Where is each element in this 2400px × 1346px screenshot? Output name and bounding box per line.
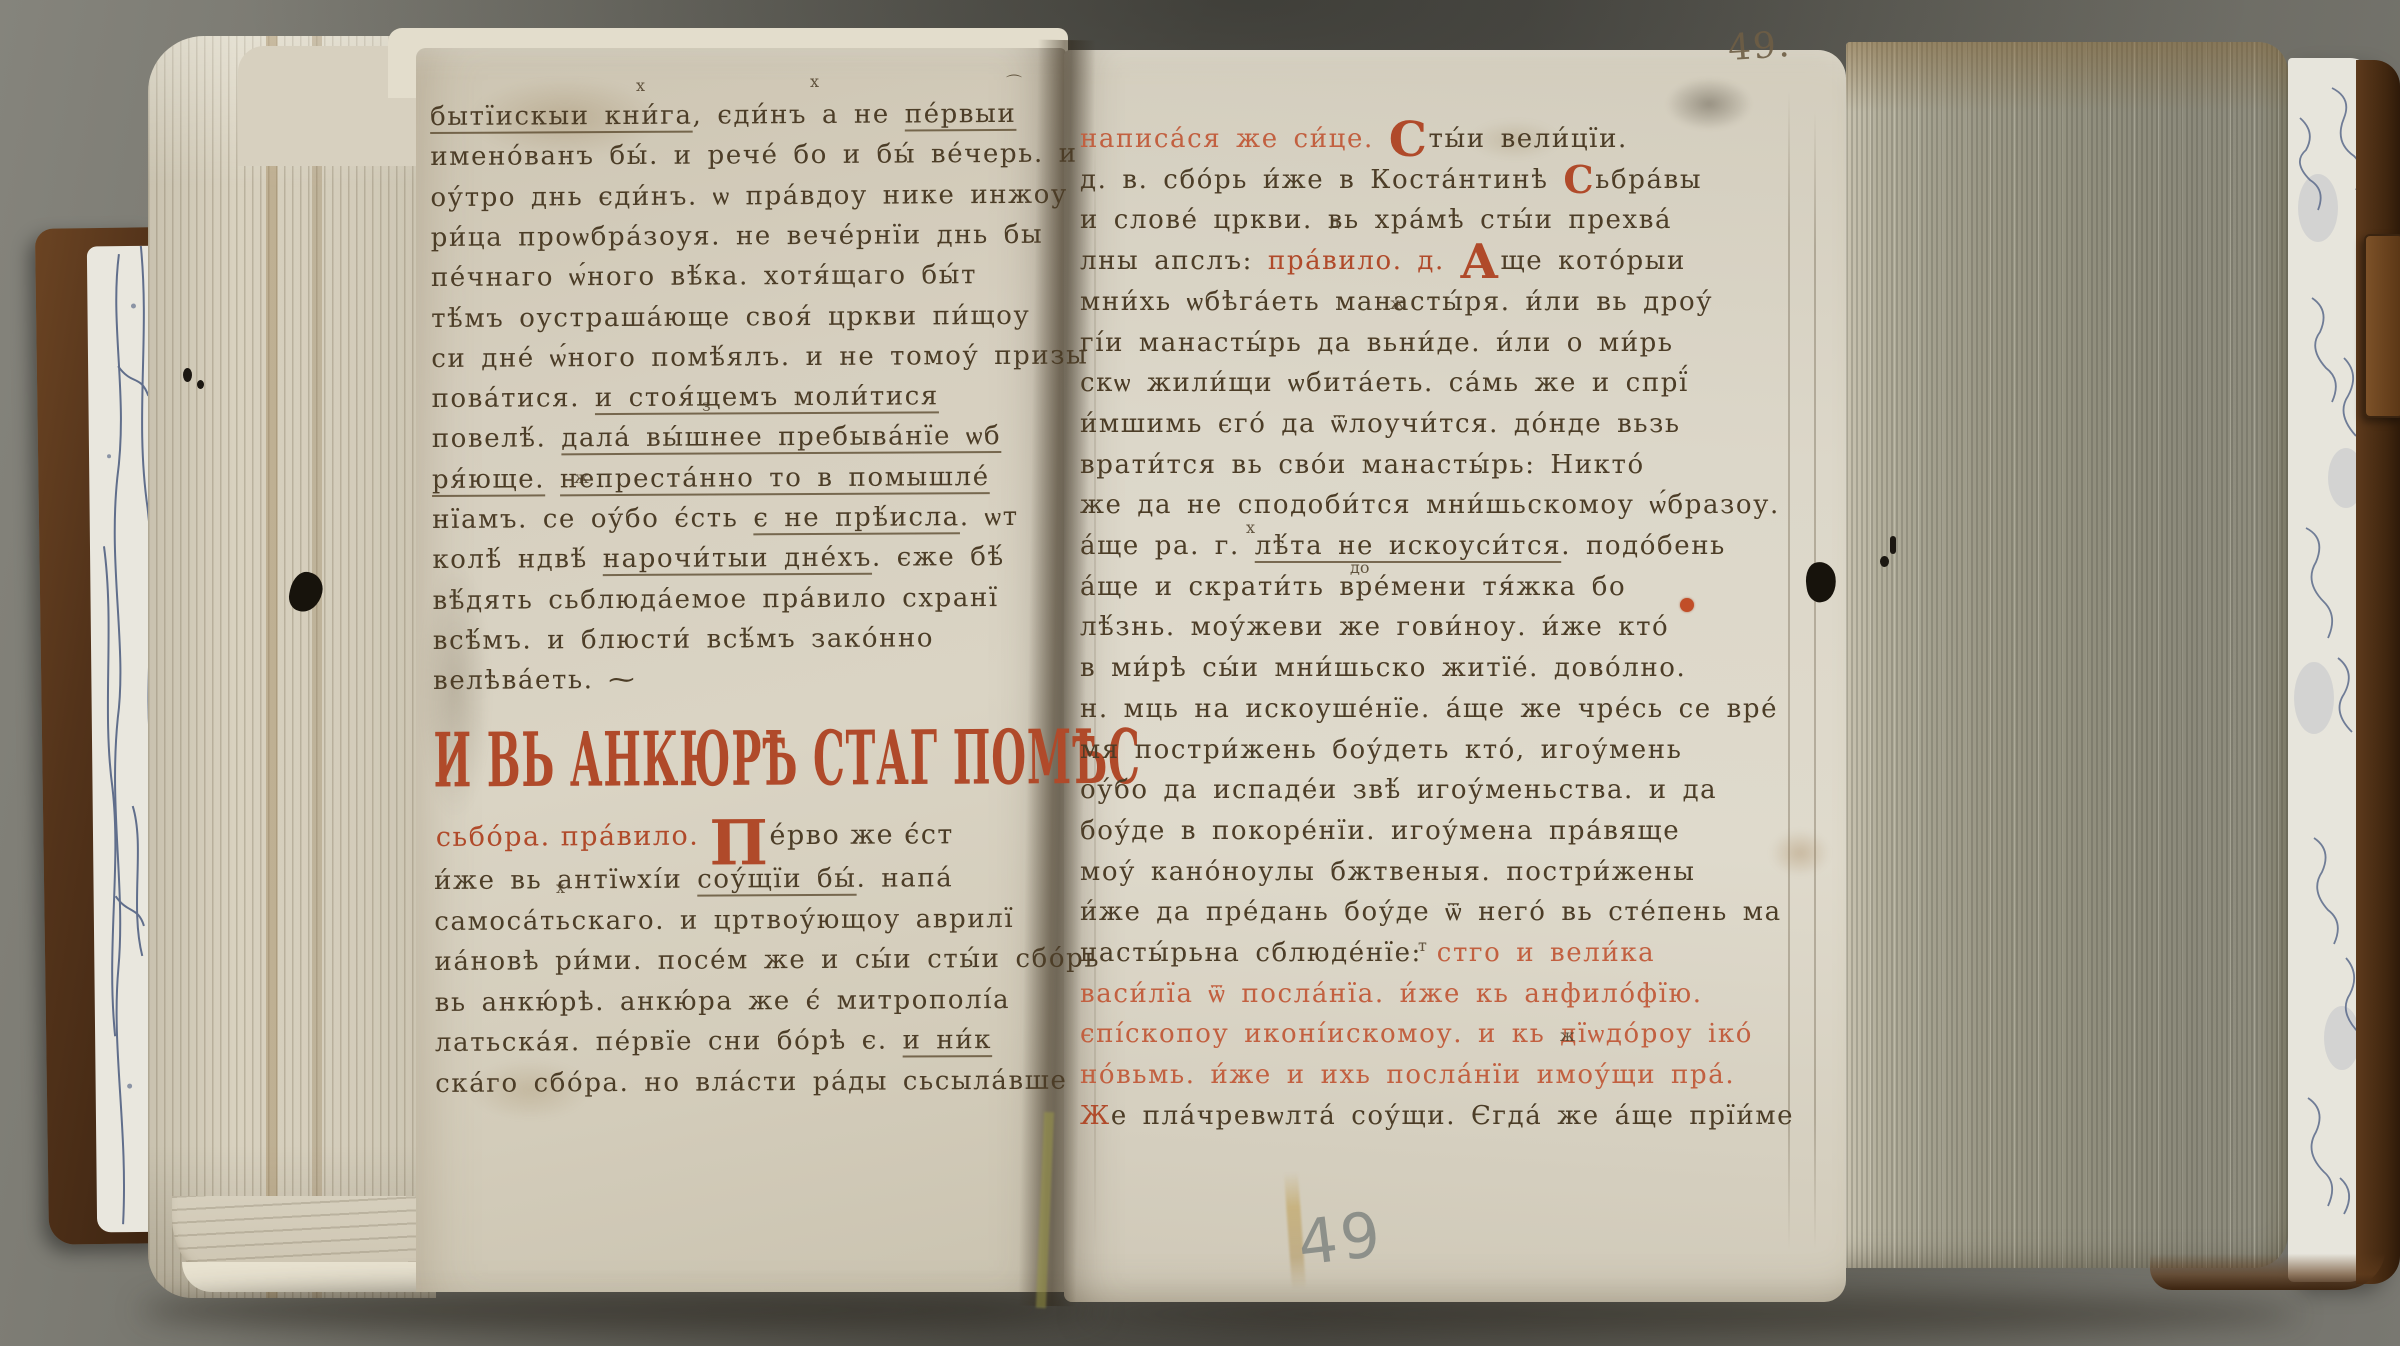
text-segment: и стоя́щемъ моли́тися [595, 381, 939, 413]
manuscript-line: самоса́тьскаго. и цртвоу́ющоу аврилї [434, 902, 1014, 945]
text-segment: непреста́нно то в помышле́ [560, 462, 990, 494]
fore-edge-top-tint [1846, 42, 2288, 112]
manuscript-line: пова́тися. и стоя́щемъ моли́тися [431, 379, 939, 422]
text-segment: а́ще ра. г. [1080, 531, 1255, 561]
manuscript-line: имено́ванъ бы́. и рече́ бо и бы́ ве́черь… [430, 137, 1078, 180]
text-segment: но́вьмь. и́же и ихь посла́нїи имоу́щи пр… [1080, 1060, 1735, 1090]
text-segment: ри́ца проѡбра́зоуя. не вече́рнїи днь бы [431, 220, 1044, 253]
text-segment: оу́тро днь єди́нъ. ѡ пра́вдоу нике инжоу [430, 179, 1067, 212]
text-segment: бытїискыи кни́га [430, 101, 693, 132]
text-segment: всѣ́мъ. и блюсти́ всѣ́мъ зако́нно [433, 623, 934, 656]
text-segment [545, 464, 560, 494]
text-segment: є не прѣ́исла [753, 502, 960, 533]
text-segment: колѣ́ ндвѣ́ [432, 544, 602, 575]
text-segment: тѣ́мъ оустраша́юще своя́ цркви пи́щоу [431, 300, 1030, 333]
text-segment: ьбра́вы [1595, 165, 1702, 195]
text-segment: пова́тися. [431, 383, 594, 414]
manuscript-line: нїамъ. се оу́бо є́сть є не прѣ́исла. ѡт [432, 500, 1019, 543]
text-segment: д. в. сбо́рь и́же в Коста́нтинѣ [1080, 165, 1563, 195]
interlinear-mark: ж [574, 468, 589, 487]
ink-speck [183, 368, 192, 382]
text-segment: врати́тся вь сво́и манасты́рь: Никто́ [1080, 450, 1645, 480]
manuscript-line: оу́бо да испаде́и звѣ́ игоу́меньства. и … [1080, 773, 1717, 813]
text-segment: . ѡт [960, 502, 1019, 532]
manuscript-line: велѣва́еть. ⁓ [433, 663, 636, 704]
interlinear-mark: до [1350, 558, 1369, 577]
interlinear-mark: х [1246, 518, 1255, 537]
left-page-edge-stack [148, 36, 436, 1298]
text-segment: лѣ́та не искоуси́тся [1255, 531, 1561, 561]
manuscript-line: ря́юще. непреста́нно то в помышле́ [432, 460, 990, 503]
interlinear-mark: х [810, 72, 819, 91]
text-segment: велѣва́еть. ⁓ [433, 665, 636, 696]
manuscript-line: єпі́скопоу иконі́искомоу. и кь дїѡдо́роу… [1080, 1017, 1753, 1057]
text-segment: е́рво же є́ст [769, 819, 954, 851]
text-segment: оу́бо да испаде́и звѣ́ игоу́меньства. и … [1080, 775, 1717, 805]
text-segment: вь анкю́рѣ. анкю́ра же є́ митрополі́а [435, 985, 1011, 1018]
manuscript-line: и слове́ цркви. вь хра́мѣ сты́и прехва́ [1080, 203, 1672, 243]
text-segment: єпі́скопоу иконі́искомоу. и кь дїѡдо́роу… [1080, 1019, 1753, 1049]
manuscript-line: си дне́ ѡ́ного помѣ́ялъ. и не томоу́ при… [431, 338, 1088, 381]
manuscript-line: бытїискыи кни́га, єди́нъ а не пе́рвыи [430, 97, 1016, 140]
page-crease-line [1788, 90, 1790, 1250]
text-segment: иа́новѣ ри́ми. посе́м же и сы́и сты́и сб… [434, 944, 1100, 977]
text-segment: и́же да пре́дань боу́де ѿ него́ вь сте́п… [1080, 897, 1782, 927]
manuscript-line: вь анкю́рѣ. анкю́ра же є́ митрополі́а [435, 983, 1011, 1026]
manuscript-line: лны апслъ: пра́вило. д. Аще кото́рыи [1080, 244, 1686, 284]
manuscript-line: но́вьмь. и́же и ихь посла́нїи имоу́щи пр… [1080, 1058, 1735, 1098]
interlinear-mark: д [1330, 212, 1340, 231]
interlinear-mark: т [1418, 936, 1427, 955]
interlinear-mark: ж [1560, 1026, 1575, 1045]
text-segment: гі́и манасты́рь да вьни́де. и́ли о ми́рь [1080, 328, 1674, 358]
text-segment: , єди́нъ а не [693, 100, 905, 131]
manuscript-line: мя постри́жень боу́деть кто́, игоу́мень [1080, 733, 1682, 773]
manuscript-line: боу́де в покоре́нїи. игоу́мена пра́вяще [1080, 814, 1680, 854]
interlinear-mark: х [556, 878, 565, 897]
text-segment: А [1460, 234, 1501, 290]
ink-speck [1880, 556, 1889, 567]
manuscript-line: лѣ́знь. моу́жеви же гови́ноу. и́же кто́ [1080, 610, 1669, 650]
left-page-red-heading: И ВЬ АНКЮРѢ СТАГ ПОМѢС [433, 712, 1141, 804]
text-segment: сьбо́ра. пра́вило. [436, 821, 710, 853]
manuscript-line: гі́и манасты́рь да вьни́де. и́ли о ми́рь [1080, 326, 1674, 366]
leather-strap-remnant [2364, 234, 2400, 418]
text-segment: скѡ жили́щи ѡбита́еть. са́мь же и спрї́ [1080, 368, 1689, 398]
manuscript-line: в ми́рѣ сы́и мни́шьско житїе́. дово́лно. [1080, 651, 1686, 691]
ink-speck [1890, 536, 1896, 554]
text-segment: Ж [1080, 1101, 1111, 1131]
fore-edge-page-block [1846, 42, 2288, 1268]
book-bottom-shadow-left [140, 1288, 1100, 1332]
folio-number: 49. [1727, 24, 1793, 69]
text-segment: пра́вило. д. [1268, 246, 1460, 276]
manuscript-line: иа́новѣ ри́ми. посе́м же и сы́и сты́и сб… [434, 942, 1100, 985]
text-segment: . подо́бень [1561, 531, 1726, 561]
text-segment: нїамъ. се оу́бо є́сть [432, 503, 753, 535]
manuscript-line: и́же вь антїѡхі́и соу́щїи бы́. напа́ [434, 861, 953, 904]
text-segment: и слове́ цркви. вь хра́мѣ сты́и прехва́ [1080, 205, 1672, 235]
text-segment: латьска́я. пе́рвїе сни бо́рѣ є. [435, 1026, 903, 1058]
manuscript-line: врати́тся вь сво́и манасты́рь: Никто́ [1080, 448, 1645, 488]
manuscript-line: колѣ́ ндвѣ́ нарочи́тыи дне́хъ. єже бѣ́ [432, 540, 1005, 583]
photo-scene: бытїискыи кни́га, єди́нъ а не пе́рвыииме… [0, 0, 2400, 1346]
text-segment: е пла́чревѡлта́ соу́щи. Єгда́ же а́ще пр… [1111, 1101, 1794, 1131]
manuscript-line: написа́ся же си́це. Сты́и вели́цїи. [1080, 122, 1628, 162]
manuscript-line: ри́ца проѡбра́зоуя. не вече́рнїи днь бы [431, 218, 1044, 261]
manuscript-line: насты́рьна сблюде́нїе: стго и вели́ка [1080, 936, 1655, 976]
text-segment: мя постри́жень боу́деть кто́, игоу́мень [1080, 735, 1682, 765]
text-segment: и ни́к [902, 1025, 992, 1055]
ink-speck [197, 380, 204, 389]
text-segment: насты́рьна сблюде́нїе: [1080, 938, 1437, 968]
manuscript-line: вѣ́дять сьблюда́емое пра́вило схранї [433, 581, 999, 624]
text-segment: повелѣ́. [432, 424, 562, 455]
text-segment: ты́и вели́цїи. [1429, 124, 1628, 154]
text-segment: ска́го сбо́ра. но вла́сти ра́ды сьсыла́в… [435, 1066, 1067, 1099]
manuscript-line: тѣ́мъ оустраша́юще своя́ цркви пи́щоу [431, 298, 1030, 341]
cover-bottom-edging [2150, 1238, 2386, 1290]
page-crease-line [1814, 110, 1816, 1250]
text-segment: ще кото́рыи [1500, 246, 1685, 276]
text-segment: написа́ся же си́це. [1080, 124, 1389, 154]
manuscript-line: же да не сподоби́тся мни́шьскомоу ѡ́браз… [1080, 488, 1780, 528]
interlinear-mark: х [636, 76, 645, 95]
text-segment: же да не сподоби́тся мни́шьскомоу ѡ́браз… [1080, 490, 1780, 520]
parchment-stain [1770, 830, 1830, 876]
text-segment: васи́лїа ѿ посла́нїа. и́же кь анфило́фїю… [1080, 979, 1703, 1009]
pencil-folio-number: 49 [1294, 1197, 1387, 1280]
text-segment: . напа́ [856, 863, 953, 894]
text-segment: лны апслъ: [1080, 246, 1268, 276]
interlinear-mark: ⌒ [1006, 70, 1022, 93]
manuscript-line: д. в. сбо́рь и́же в Коста́нтинѣ Сьбра́вы [1080, 163, 1702, 203]
interlinear-mark: з [702, 396, 711, 415]
ink-smudge [1666, 78, 1752, 130]
manuscript-line: пе́чнаго ѡ́ного вѣ́ка. хотя́щаго бы́т [431, 258, 977, 301]
text-segment: пе́рвыи [905, 99, 1017, 130]
orange-wax-dot [1680, 598, 1694, 612]
text-segment: соу́щїи бы́ [697, 864, 856, 895]
manuscript-line: моу́ кано́ноулы бжтвеныя. постри́жены [1080, 855, 1696, 895]
text-segment: имено́ванъ бы́. и рече́ бо и бы́ ве́черь… [430, 139, 1078, 172]
text-segment: н. мць на искоуше́нїе. а́ще же чре́сь се… [1080, 694, 1778, 724]
text-segment: . єже бѣ́ [872, 542, 1005, 573]
text-segment: моу́ кано́ноулы бжтвеныя. постри́жены [1080, 857, 1696, 887]
text-segment: си дне́ ѡ́ного помѣ́ялъ. и не томоу́ при… [431, 340, 1088, 373]
manuscript-line: повелѣ́. дала́ вы́шнее пребыва́нїе ѡб [432, 419, 1002, 462]
manuscript-line: и́мшимь єго́ да ѿлоучи́тся. до́нде вьзь [1080, 407, 1681, 447]
text-segment: пе́чнаго ѡ́ного вѣ́ка. хотя́щаго бы́т [431, 260, 977, 293]
manuscript-line: Же пла́чревѡлта́ соу́щи. Єгда́ же а́ще п… [1080, 1099, 1794, 1139]
text-segment: и́же вь антїѡхі́и [434, 865, 697, 896]
text-segment: С [1389, 112, 1429, 168]
text-segment: вѣ́дять сьблюда́емое пра́вило схранї [433, 583, 999, 616]
text-segment: нарочи́тыи дне́хъ [603, 543, 872, 574]
text-segment: С [1563, 157, 1595, 202]
text-segment: дала́ вы́шнее пребыва́нїе ѡб [561, 421, 1001, 453]
manuscript-line: и́же да пре́дань боу́де ѿ него́ вь сте́п… [1080, 895, 1782, 935]
manuscript-line: скѡ жили́щи ѡбита́еть. са́мь же и спрї́ [1080, 366, 1689, 406]
text-segment: в ми́рѣ сы́и мни́шьско житїе́. дово́лно. [1080, 653, 1686, 683]
text-segment: самоса́тьскаго. и цртвоу́ющоу аврилї [434, 904, 1014, 937]
text-segment: лѣ́знь. моу́жеви же гови́ноу. и́же кто́ [1080, 612, 1669, 642]
manuscript-line: а́ще ра. г. лѣ́та не искоуси́тся. подо́б… [1080, 529, 1726, 569]
manuscript-line: ска́го сбо́ра. но вла́сти ра́ды сьсыла́в… [435, 1064, 1068, 1107]
left-rubric-line: сьбо́ра. пра́вило. Пе́рво же є́ст [436, 819, 954, 853]
text-segment: и́мшимь єго́ да ѿлоучи́тся. до́нде вьзь [1080, 409, 1681, 439]
interlinear-mark: ж [1390, 294, 1405, 313]
manuscript-line: всѣ́мъ. и блюсти́ всѣ́мъ зако́нно [433, 621, 935, 664]
text-segment: ря́юще. [432, 464, 545, 495]
manuscript-line: оу́тро днь єди́нъ. ѡ пра́вдоу нике инжоу [430, 177, 1068, 220]
manuscript-line: васи́лїа ѿ посла́нїа. и́же кь анфило́фїю… [1080, 977, 1703, 1017]
text-segment: стго и вели́ка [1437, 938, 1656, 968]
manuscript-line: латьска́я. пе́рвїе сни бо́рѣ є. и ни́к [435, 1023, 992, 1066]
text-segment: боу́де в покоре́нїи. игоу́мена пра́вяще [1080, 816, 1680, 846]
manuscript-line: н. мць на искоуше́нїе. а́ще же чре́сь се… [1080, 692, 1778, 732]
